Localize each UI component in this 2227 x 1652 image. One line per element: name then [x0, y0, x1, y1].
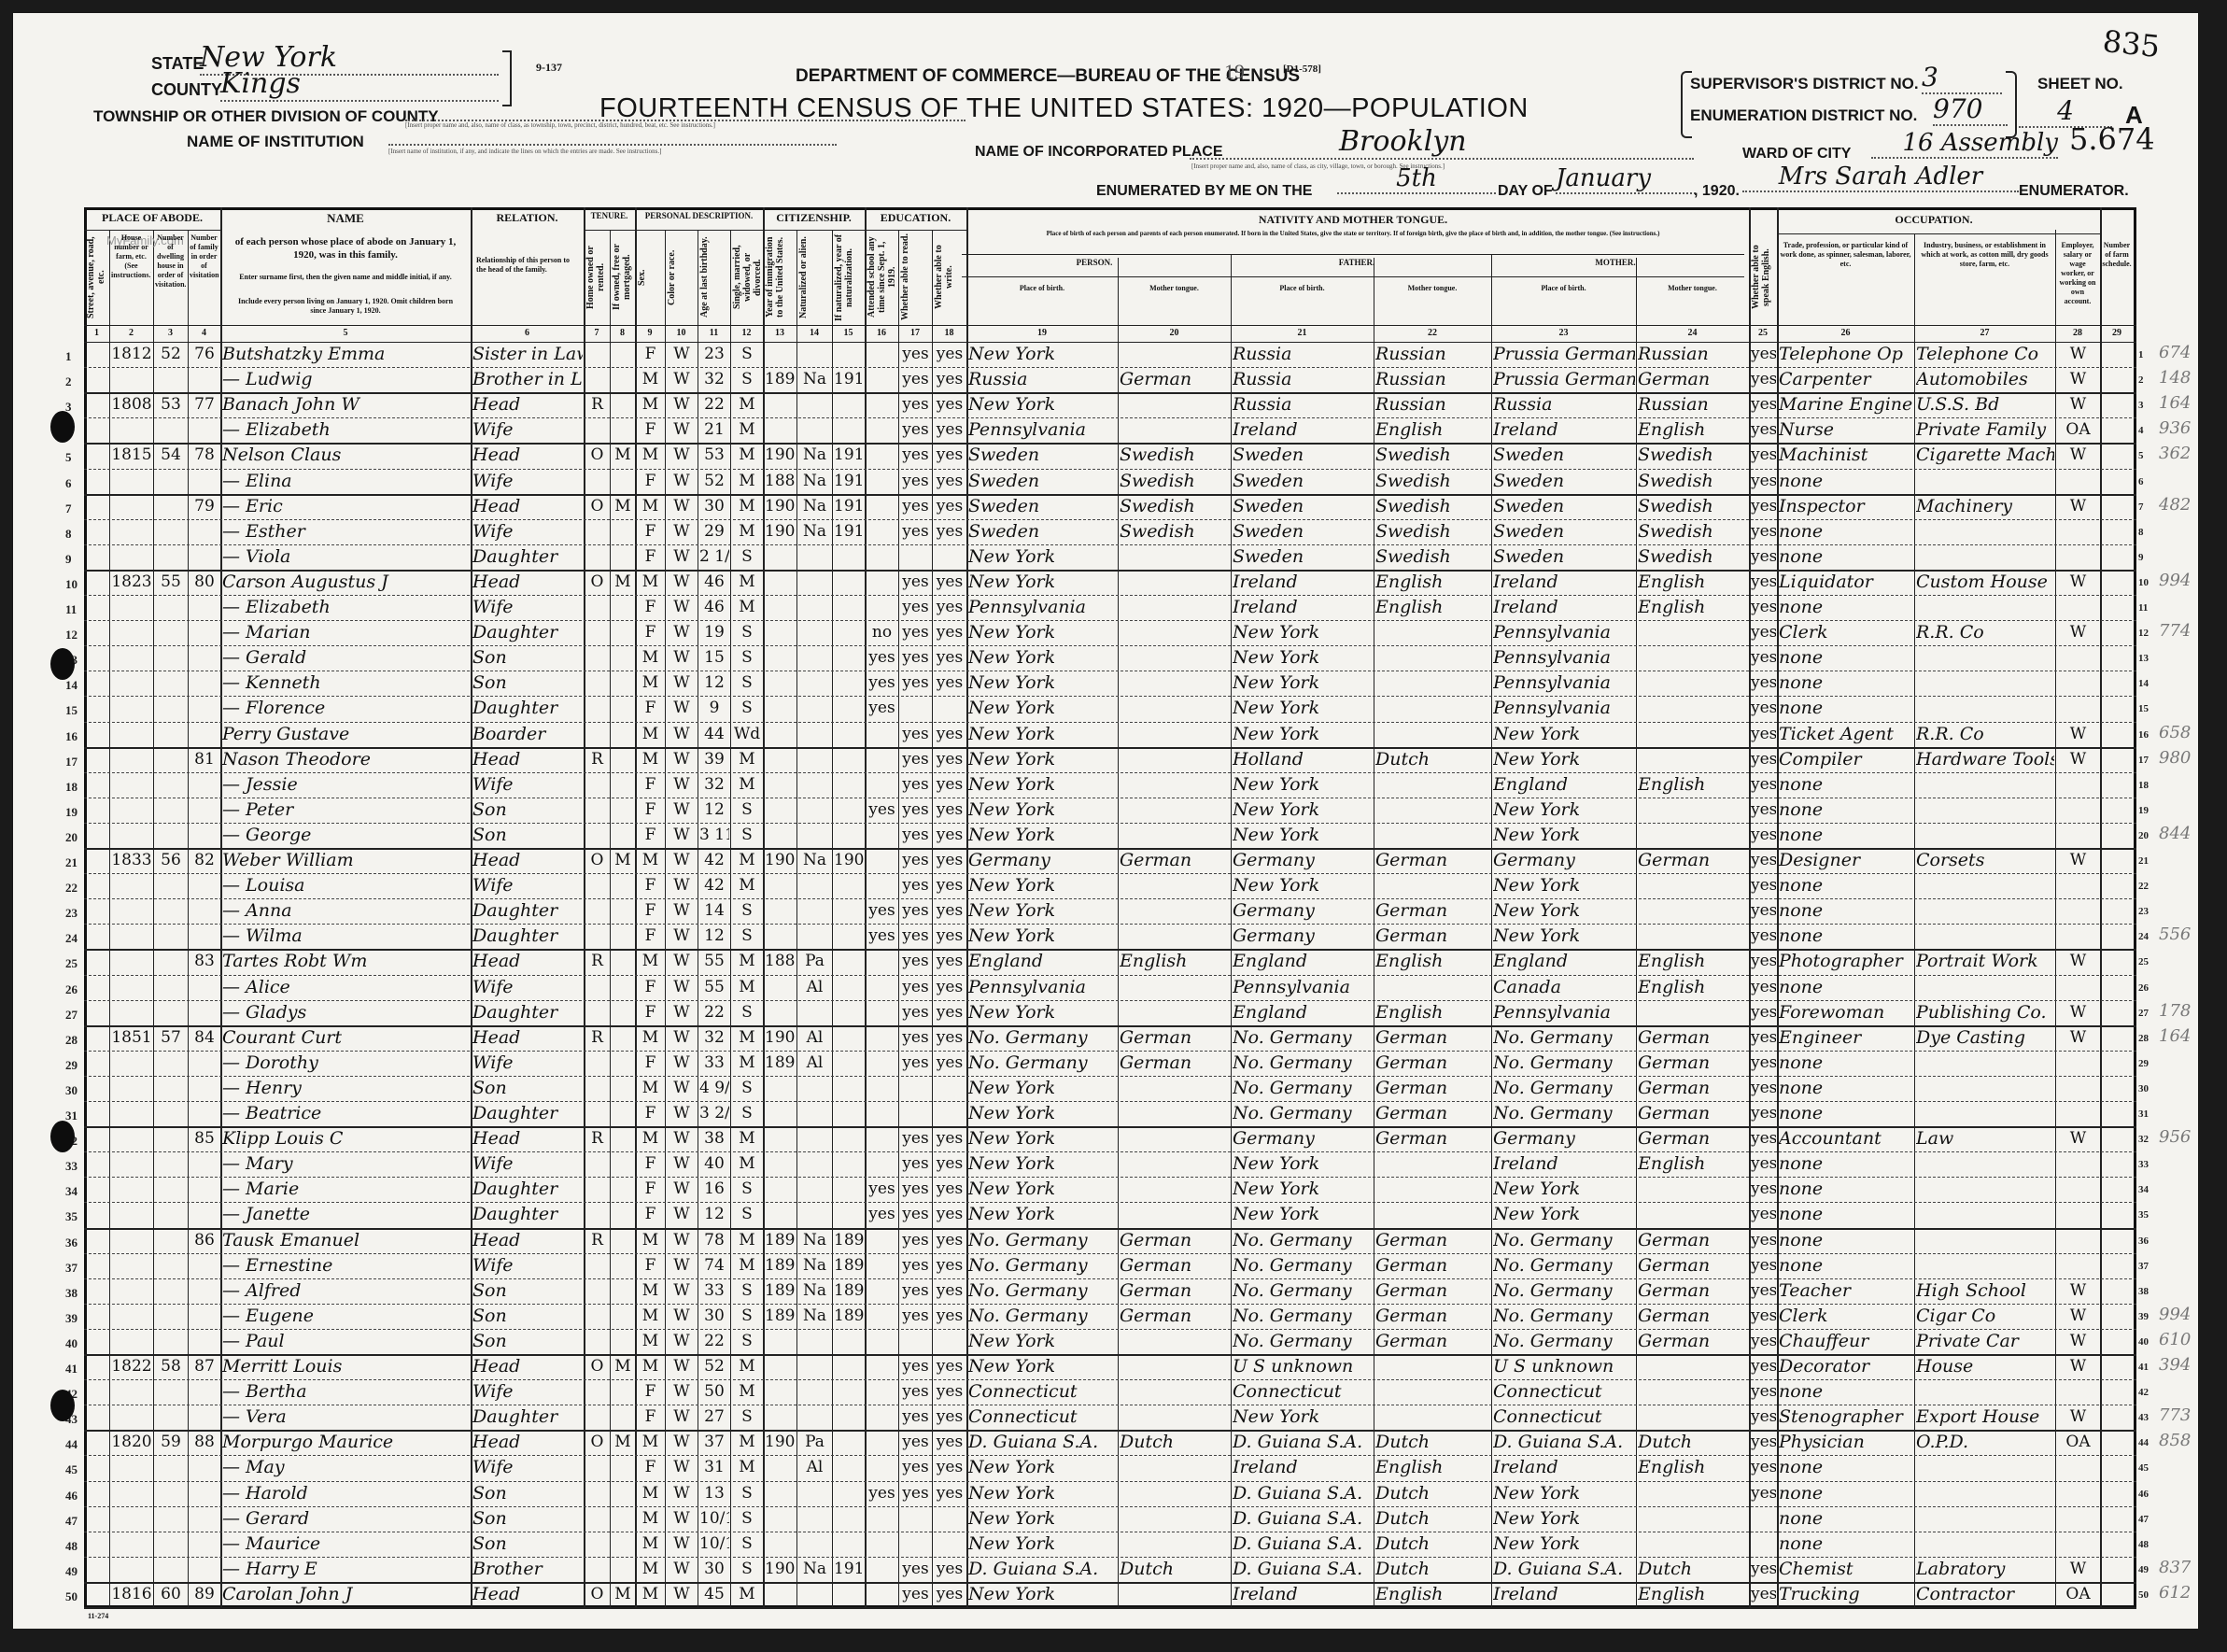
cell-age: 55: [699, 975, 729, 1000]
cell-age: 40: [699, 1151, 729, 1177]
row-number-right: 18: [2138, 780, 2149, 791]
cell-ms: M: [732, 1025, 762, 1051]
punch-hole: [50, 648, 75, 680]
cell-pob: D. Guiana S.A.: [968, 1557, 1117, 1582]
cell-write: yes: [934, 620, 966, 645]
cell-write: yes: [934, 469, 966, 494]
cell-read: yes: [900, 1304, 931, 1329]
cell-emp: OA: [2057, 1430, 2099, 1455]
cell-trade: none: [1779, 1177, 1913, 1202]
cell-race: W: [667, 1177, 697, 1202]
column-header-c13: Year of immigration to the United States…: [765, 233, 795, 321]
cell-eng: yes: [1751, 696, 1776, 721]
column-header-c17: Whether able to read.: [900, 233, 930, 321]
cell-write: yes: [934, 975, 966, 1000]
cell-rel: Daughter: [472, 1177, 583, 1202]
cell-tongue: English: [1120, 949, 1230, 974]
cell-race: W: [667, 469, 697, 494]
cell-race: W: [667, 645, 697, 671]
cell-trade: none: [1779, 1253, 1913, 1278]
cell-write: yes: [934, 1557, 966, 1582]
cell-write: yes: [934, 1025, 966, 1051]
cell-sex: M: [637, 747, 664, 772]
cell-fpob: D. Guiana S.A.: [1233, 1506, 1373, 1532]
cell-pob: Russia: [968, 367, 1117, 392]
cell-write: yes: [934, 1481, 966, 1506]
cell-fpob: New York: [1233, 696, 1373, 721]
cell-mpob: Sweden: [1493, 519, 1635, 544]
row-number-left: 10: [65, 577, 78, 592]
cell-ms: S: [732, 898, 762, 924]
cell-read: yes: [900, 949, 931, 974]
cell-eng: yes: [1751, 975, 1776, 1000]
cell-fpob: D. Guiana S.A.: [1233, 1557, 1373, 1582]
cell-ftongue: Swedish: [1375, 494, 1490, 519]
cell-trade: Trucking: [1779, 1582, 1913, 1607]
cell-ms: M: [732, 747, 762, 772]
cell-imm: 1889: [765, 469, 796, 494]
cell-mpob: New York: [1493, 798, 1635, 823]
column-number: 2: [109, 328, 153, 338]
cell-mpob: Russia: [1493, 392, 1635, 417]
row-number-left: 38: [65, 1286, 78, 1301]
cell-rel: Wife: [472, 772, 583, 798]
cell-write: yes: [934, 1177, 966, 1202]
cell-mpob: England: [1493, 949, 1635, 974]
margin-note: 674: [2159, 340, 2191, 365]
cell-eng: yes: [1751, 949, 1776, 974]
cell-write: yes: [934, 1151, 966, 1177]
cell-pob: New York: [968, 544, 1117, 570]
row-number-right: 10: [2138, 577, 2149, 588]
cell-emp: W: [2057, 949, 2099, 974]
cell-eng: yes: [1751, 1253, 1776, 1278]
cell-ftongue: German: [1375, 898, 1490, 924]
cell-age: 19: [699, 620, 729, 645]
cell-own: O: [585, 570, 609, 595]
row-number-left: 17: [65, 755, 78, 770]
row-number-right: 50: [2138, 1589, 2149, 1601]
column-number: 9: [635, 328, 665, 338]
cell-ftongue: Swedish: [1375, 544, 1490, 570]
cell-mtongue: German: [1638, 1304, 1748, 1329]
cell-fpob: Ireland: [1233, 1455, 1373, 1480]
cell-eng: yes: [1751, 1582, 1776, 1607]
cell-mpob: No. Germany: [1493, 1076, 1635, 1101]
cell-read: yes: [900, 1481, 931, 1506]
cell-age: 2 1/12: [699, 544, 729, 570]
cell-name: Carolan John J: [222, 1582, 470, 1607]
cell-ms: M: [732, 494, 762, 519]
cell-tongue: German: [1120, 1253, 1230, 1278]
cell-sex: M: [637, 1532, 664, 1557]
row-number-right: 40: [2138, 1336, 2149, 1348]
cell-industry: Cigar Co: [1916, 1304, 2054, 1329]
cell-trade: none: [1779, 696, 1913, 721]
cell-sex: M: [637, 1278, 664, 1304]
cell-eng: yes: [1751, 443, 1776, 468]
cell-write: yes: [934, 1455, 966, 1480]
cell-fpob: Ireland: [1233, 417, 1373, 443]
cell-age: 39: [699, 747, 729, 772]
cell-write: yes: [934, 1582, 966, 1607]
cell-trade: Photographer: [1779, 949, 1913, 974]
cell-trade: none: [1779, 1076, 1913, 1101]
group-mother: MOTHER.: [1487, 258, 1744, 267]
cell-ftongue: Dutch: [1375, 1506, 1490, 1532]
cell-age: 4 9/12: [699, 1076, 729, 1101]
cell-trade: none: [1779, 519, 1913, 544]
cell-sex: M: [637, 1228, 664, 1253]
row-number-right: 47: [2138, 1514, 2149, 1525]
cell-name: — Gladys: [222, 1000, 470, 1025]
cell-mpob: Sweden: [1493, 469, 1635, 494]
cell-mort: M: [612, 443, 634, 468]
cell-sex: M: [637, 1506, 664, 1532]
cell-emp: OA: [2057, 1582, 2099, 1607]
cell-mort: M: [612, 848, 634, 873]
cell-natyr: 1898: [834, 1253, 864, 1278]
cell-age: 44: [699, 722, 729, 747]
cell-eng: yes: [1751, 1202, 1776, 1227]
cell-sex: M: [637, 494, 664, 519]
cell-eng: yes: [1751, 1076, 1776, 1101]
cell-age: 52: [699, 469, 729, 494]
cell-mpob: New York: [1493, 1177, 1635, 1202]
cell-own: O: [585, 1354, 609, 1379]
cell-ftongue: Swedish: [1375, 519, 1490, 544]
cell-trade: none: [1779, 873, 1913, 898]
cell-age: 16: [699, 1177, 729, 1202]
column-header-c9: Sex.: [637, 233, 663, 321]
column-number: 13: [763, 328, 796, 338]
punch-hole: [50, 1121, 75, 1152]
column-rule: [2055, 230, 2056, 1608]
column-number: 25: [1749, 328, 1777, 338]
cell-mtongue: German: [1638, 1278, 1748, 1304]
cell-read: yes: [900, 898, 931, 924]
cell-trade: Forewoman: [1779, 1000, 1913, 1025]
cell-industry: Custom House: [1916, 570, 2054, 595]
cell-fpob: New York: [1233, 671, 1373, 696]
cell-pob: New York: [968, 1101, 1117, 1126]
cell-mpob: Prussia Germany: [1493, 367, 1635, 392]
cell-mpob: New York: [1493, 1202, 1635, 1227]
cell-ftongue: German: [1375, 1076, 1490, 1101]
cell-ftongue: English: [1375, 595, 1490, 620]
column-header-c10: Color or race.: [667, 233, 696, 321]
cell-race: W: [667, 1151, 697, 1177]
column-number: 3: [153, 328, 188, 338]
row-rule: [84, 1607, 2136, 1609]
cell-emp: W: [2057, 1329, 2099, 1354]
cell-age: 22: [699, 392, 729, 417]
cell-rel: Brother: [472, 1557, 583, 1582]
cell-pob: New York: [968, 823, 1117, 848]
cell-sex: M: [637, 443, 664, 468]
cell-race: W: [667, 494, 697, 519]
cell-industry: R.R. Co: [1916, 620, 2054, 645]
cell-sex: F: [637, 1405, 664, 1430]
cell-name: Nason Theodore: [222, 747, 470, 772]
cell-mpob: No. Germany: [1493, 1101, 1635, 1126]
column-header-c8: If owned, free or mortgaged.: [612, 233, 633, 321]
cell-ms: M: [732, 848, 762, 873]
cell-write: yes: [934, 1379, 966, 1405]
cell-write: yes: [934, 949, 966, 974]
cell-rel: Daughter: [472, 620, 583, 645]
cell-read: yes: [900, 1379, 931, 1405]
cell-sex: M: [637, 722, 664, 747]
cell-nat: Na: [798, 367, 831, 392]
cell-ms: M: [732, 873, 762, 898]
cell-fpob: New York: [1233, 1177, 1373, 1202]
cell-ms: S: [732, 342, 762, 367]
cell-fpob: Pennsylvania: [1233, 975, 1373, 1000]
row-number-right: 37: [2138, 1261, 2149, 1272]
cell-name: — Beatrice: [222, 1101, 470, 1126]
row-number-left: 44: [65, 1437, 78, 1452]
cell-race: W: [667, 1304, 697, 1329]
cell-mpob: No. Germany: [1493, 1025, 1635, 1051]
cell-tongue: Dutch: [1120, 1557, 1230, 1582]
cell-tongue: Swedish: [1120, 443, 1230, 468]
cell-house: 1833: [111, 848, 152, 873]
cell-pob: New York: [968, 1177, 1117, 1202]
cell-eng: yes: [1751, 1481, 1776, 1506]
cell-name: — Elizabeth: [222, 417, 470, 443]
cell-sex: M: [637, 848, 664, 873]
cell-ms: M: [732, 570, 762, 595]
cell-industry: High School: [1916, 1278, 2054, 1304]
column-header-c27: Industry, business, or establishment in …: [1916, 241, 2053, 321]
cell-trade: none: [1779, 671, 1913, 696]
cell-ftongue: German: [1375, 1051, 1490, 1076]
cell-age: 53: [699, 443, 729, 468]
cell-nat: Na: [798, 1253, 831, 1278]
cell-name: — George: [222, 823, 470, 848]
cell-age: 50: [699, 1379, 729, 1405]
cell-rel: Wife: [472, 1253, 583, 1278]
cell-ms: S: [732, 1329, 762, 1354]
column-header-c1: Street, avenue, road, etc.: [86, 233, 107, 321]
cell-rel: Son: [472, 1278, 583, 1304]
column-rule: [796, 230, 797, 1608]
cell-ms: S: [732, 1532, 762, 1557]
cell-own: O: [585, 494, 609, 519]
cell-race: W: [667, 1126, 697, 1151]
cell-emp: W: [2057, 1025, 2099, 1051]
cell-age: 12: [699, 798, 729, 823]
cell-eng: yes: [1751, 1000, 1776, 1025]
cell-own: R: [585, 1228, 609, 1253]
cell-rel: Brother in Law: [472, 367, 583, 392]
margin-note: 936: [2159, 416, 2191, 441]
cell-age: 42: [699, 873, 729, 898]
cell-race: W: [667, 722, 697, 747]
cell-race: W: [667, 443, 697, 468]
cell-nat: Na: [798, 443, 831, 468]
cell-sex: M: [637, 1304, 664, 1329]
column-number: 7: [584, 328, 610, 338]
cell-ftongue: German: [1375, 848, 1490, 873]
cell-race: W: [667, 1379, 697, 1405]
margin-note: 980: [2159, 745, 2191, 770]
cell-fpob: Holland: [1233, 747, 1373, 772]
cell-own: R: [585, 949, 609, 974]
cell-read: yes: [900, 1430, 931, 1455]
cell-ms: S: [732, 1506, 762, 1532]
cell-ftongue: German: [1375, 1228, 1490, 1253]
row-number-left: 1: [65, 349, 72, 364]
row-number-left: 18: [65, 780, 78, 795]
cell-name: Weber William: [222, 848, 470, 873]
cell-sex: M: [637, 1126, 664, 1151]
cell-write: yes: [934, 367, 966, 392]
column-header-c22: Mother tongue.: [1375, 284, 1489, 321]
row-number-left: 12: [65, 628, 78, 642]
cell-own: O: [585, 1430, 609, 1455]
cell-rel: Son: [472, 645, 583, 671]
cell-sex: F: [637, 342, 664, 367]
row-number-left: 26: [65, 982, 78, 997]
cell-pob: New York: [968, 1532, 1117, 1557]
cell-mpob: No. Germany: [1493, 1304, 1635, 1329]
cell-sex: F: [637, 1177, 664, 1202]
cell-sex: M: [637, 1354, 664, 1379]
row-number-right: 20: [2138, 830, 2149, 841]
cell-eng: yes: [1751, 570, 1776, 595]
cell-fpob: No. Germany: [1233, 1051, 1373, 1076]
cell-pob: Pennsylvania: [968, 975, 1117, 1000]
cell-rel: Daughter: [472, 1202, 583, 1227]
column-number: 24: [1636, 328, 1749, 338]
cell-trade: none: [1779, 1506, 1913, 1532]
cell-trade: Compiler: [1779, 747, 1913, 772]
cell-pob: New York: [968, 1126, 1117, 1151]
row-number-left: 19: [65, 805, 78, 820]
cell-read: yes: [900, 392, 931, 417]
cell-age: 33: [699, 1051, 729, 1076]
cell-age: 9: [699, 696, 729, 721]
cell-mpob: Sweden: [1493, 494, 1635, 519]
cell-sex: F: [637, 823, 664, 848]
column-header-c24: Mother tongue.: [1638, 284, 1747, 321]
cell-race: W: [667, 1101, 697, 1126]
cell-ftongue: Dutch: [1375, 1481, 1490, 1506]
cell-trade: none: [1779, 1532, 1913, 1557]
cell-race: W: [667, 1051, 697, 1076]
cell-eng: yes: [1751, 1177, 1776, 1202]
cell-race: W: [667, 1481, 697, 1506]
cell-read: yes: [900, 722, 931, 747]
cell-emp: W: [2057, 494, 2099, 519]
cell-race: W: [667, 1557, 697, 1582]
cell-trade: none: [1779, 975, 1913, 1000]
cell-read: yes: [900, 469, 931, 494]
column-header-c20: Mother tongue.: [1120, 284, 1229, 321]
cell-age: 32: [699, 772, 729, 798]
cell-pob: New York: [968, 747, 1117, 772]
row-number-left: 34: [65, 1184, 78, 1199]
cell-imm: 1894: [765, 1278, 796, 1304]
cell-family: 88: [190, 1430, 219, 1455]
cell-school: yes: [867, 1177, 897, 1202]
cell-read: yes: [900, 1278, 931, 1304]
cell-read: yes: [900, 873, 931, 898]
cell-mpob: Prussia Germany: [1493, 342, 1635, 367]
row-number-right: 32: [2138, 1134, 2149, 1145]
cell-rel: Head: [472, 848, 583, 873]
cell-imm: 1903: [765, 1430, 796, 1455]
cell-race: W: [667, 975, 697, 1000]
cell-nat: Na: [798, 494, 831, 519]
cell-trade: Clerk: [1779, 1304, 1913, 1329]
header-rule: [84, 325, 2136, 326]
cell-rel: Daughter: [472, 1000, 583, 1025]
cell-mpob: England: [1493, 772, 1635, 798]
cell-ms: S: [732, 1101, 762, 1126]
cell-eng: yes: [1751, 1557, 1776, 1582]
cell-mort: M: [612, 494, 634, 519]
cell-school: yes: [867, 696, 897, 721]
cell-age: 32: [699, 1025, 729, 1051]
cell-mpob: New York: [1493, 823, 1635, 848]
cell-race: W: [667, 417, 697, 443]
cell-rel: Daughter: [472, 544, 583, 570]
cell-eng: yes: [1751, 1151, 1776, 1177]
cell-fpob: No. Germany: [1233, 1253, 1373, 1278]
cell-mpob: Pennsylvania: [1493, 620, 1635, 645]
row-number-left: 37: [65, 1261, 78, 1276]
cell-fpob: No. Germany: [1233, 1278, 1373, 1304]
cell-family: 78: [190, 443, 219, 468]
cell-family: 80: [190, 570, 219, 595]
column-rule: [730, 230, 731, 1608]
cell-name: — Vera: [222, 1405, 470, 1430]
cell-dwelling: 53: [155, 392, 187, 417]
cell-ftongue: German: [1375, 924, 1490, 949]
cell-trade: Marine Engineer: [1779, 392, 1913, 417]
cell-fpob: England: [1233, 949, 1373, 974]
cell-trade: none: [1779, 1379, 1913, 1405]
cell-fpob: New York: [1233, 1405, 1373, 1430]
cell-race: W: [667, 1329, 697, 1354]
cell-eng: yes: [1751, 469, 1776, 494]
cell-ms: S: [732, 924, 762, 949]
margin-note: 482: [2159, 492, 2191, 517]
cell-write: yes: [934, 1304, 966, 1329]
row-number-left: 33: [65, 1159, 78, 1174]
cell-emp: OA: [2057, 417, 2099, 443]
cell-trade: Chauffeur: [1779, 1329, 1913, 1354]
cell-write: yes: [934, 1278, 966, 1304]
cell-ms: S: [732, 1557, 762, 1582]
cell-fpob: No. Germany: [1233, 1304, 1373, 1329]
cell-write: yes: [934, 1405, 966, 1430]
cell-eng: yes: [1751, 798, 1776, 823]
cell-trade: Ticket Agent: [1779, 722, 1913, 747]
cell-pob: New York: [968, 1000, 1117, 1025]
cell-emp: W: [2057, 1000, 2099, 1025]
cell-race: W: [667, 696, 697, 721]
cell-ms: M: [732, 772, 762, 798]
cell-ftongue: Dutch: [1375, 1532, 1490, 1557]
row-number-right: 7: [2138, 501, 2144, 513]
row-number-right: 6: [2138, 476, 2144, 487]
cell-rel: Son: [472, 1481, 583, 1506]
row-number-left: 21: [65, 855, 78, 870]
